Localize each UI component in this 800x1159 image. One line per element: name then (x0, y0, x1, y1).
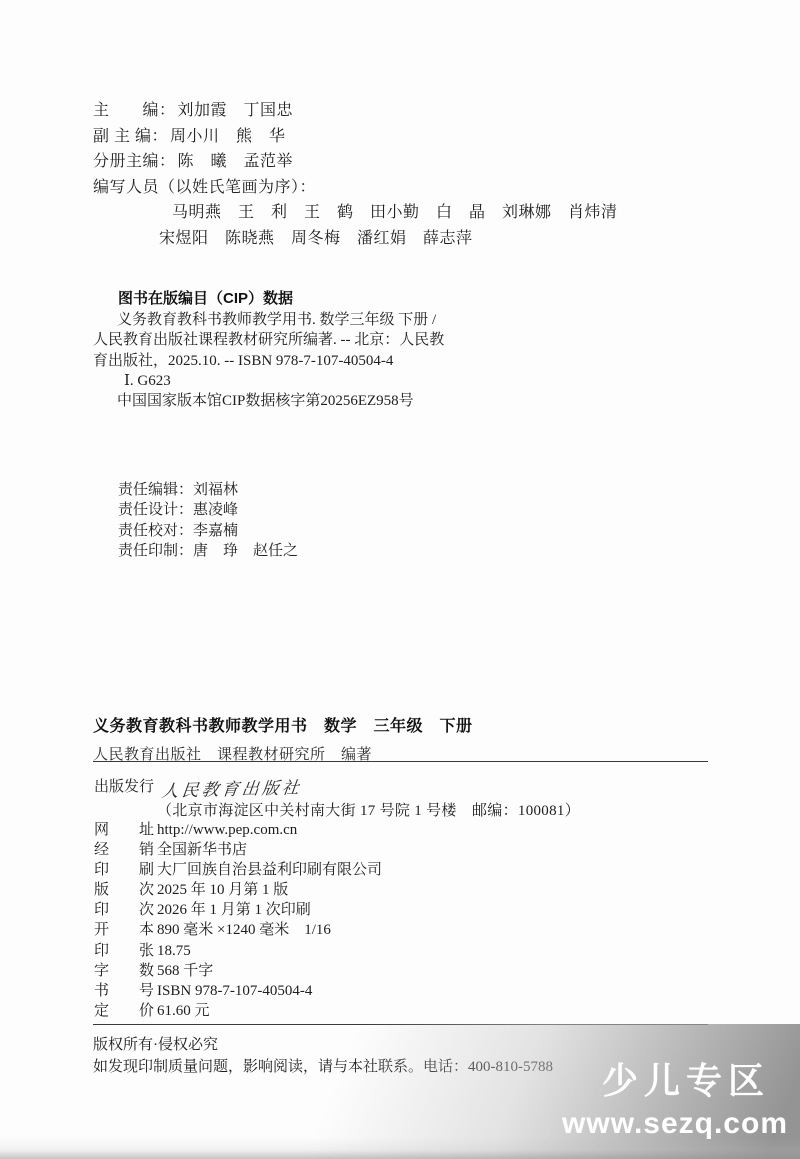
publisher-label: 出版发行 (94, 775, 154, 796)
cip-heading: 图书在版编目（CIP）数据 (93, 289, 563, 309)
price-value: 61.60 元 (157, 1003, 210, 1019)
responsible-designer-label: 责任设计： (118, 502, 193, 518)
writers-heading-label: 编写人员（以姓氏笔画为序）： (93, 179, 316, 196)
wordcount-row: 字 数568 千字 (94, 961, 382, 981)
printer-label: 印 刷 (94, 860, 154, 880)
editor-credits-block: 主 编：刘加霞 丁国忠 副 主 编：周小川 熊 华 分册主编：陈 曦 孟范举 编… (93, 98, 618, 252)
chief-editor-line: 主 编：刘加霞 丁国忠 (93, 98, 618, 124)
printing-label: 印 次 (94, 900, 154, 920)
isbn-label: 书 号 (94, 981, 154, 1001)
printing-value: 2026 年 1 月第 1 次印刷 (157, 902, 311, 918)
cip-record-number: 中国国家版本馆CIP数据核字第20256EZ958号 (93, 391, 563, 411)
wordcount-label: 字 数 (94, 961, 154, 981)
wordcount-value: 568 千字 (157, 963, 213, 979)
chief-editor-label: 主 编： (93, 102, 176, 119)
cip-classification: Ⅰ. G623 (93, 371, 563, 391)
price-label: 定 价 (94, 1001, 154, 1021)
divider-rule-top (93, 761, 708, 762)
quality-hotline: 如发现印制质量问题，影响阅读，请与本社联系。电话：400-810-5788 (93, 1056, 553, 1078)
copyright-page: 主 编：刘加霞 丁国忠 副 主 编：周小川 熊 华 分册主编：陈 曦 孟范举 编… (0, 0, 800, 1159)
sheets-label: 印 张 (94, 941, 154, 961)
isbn-row: 书 号ISBN 978-7-107-40504-4 (94, 981, 382, 1001)
responsible-editor-label: 责任编辑： (118, 482, 193, 498)
edition-value: 2025 年 10 月第 1 版 (157, 882, 288, 898)
responsible-proofreader-line: 责任校对：李嘉楠 (118, 521, 298, 541)
website-value: http://www.pep.com.cn (157, 822, 297, 838)
sheets-row: 印 张18.75 (94, 941, 382, 961)
writers-names-line-2: 宋煜阳 陈晓燕 周冬梅 潘红娟 薛志萍 (93, 226, 618, 252)
cip-block: 图书在版编目（CIP）数据 义务教育教科书教师教学用书. 数学三年级 下册 / … (93, 289, 563, 411)
copyright-footer: 版权所有·侵权必究 如发现印制质量问题，影响阅读，请与本社联系。电话：400-8… (93, 1034, 553, 1078)
edition-label: 版 次 (94, 880, 154, 900)
chief-editor-names: 刘加霞 丁国忠 (178, 102, 294, 119)
cip-line-1: 义务教育教科书教师教学用书. 数学三年级 下册 / (93, 310, 563, 330)
deputy-editor-line: 副 主 编：周小川 熊 华 (93, 124, 618, 150)
writers-names-line-1: 马明燕 王 利 王 鹤 田小勤 白 晶 刘琳娜 肖炜清 (93, 200, 618, 226)
distribution-value: 全国新华书店 (157, 842, 247, 858)
divider-rule-bottom (93, 1024, 708, 1025)
printer-row: 印 刷大厂回族自治县益利印刷有限公司 (94, 860, 382, 880)
cip-line-3: 育出版社，2025.10. -- ISBN 978-7-107-40504-4 (93, 351, 563, 371)
deputy-editor-label: 副 主 编： (93, 128, 168, 145)
distribution-row: 经 销全国新华书店 (94, 840, 382, 860)
edition-row: 版 次2025 年 10 月第 1 版 (94, 880, 382, 900)
sheets-value: 18.75 (157, 943, 191, 959)
title-block: 义务教育教科书教师教学用书 数学 三年级 下册 人民教育出版社 课程教材研究所 … (93, 713, 473, 764)
responsible-proofreader-label: 责任校对： (118, 523, 193, 539)
responsible-editor-line: 责任编辑：刘福林 (118, 480, 298, 500)
format-value: 890 毫米 ×1240 毫米 1/16 (157, 922, 331, 938)
responsible-designer-line: 责任设计：惠凌峰 (118, 500, 298, 520)
website-label: 网 址 (94, 820, 154, 840)
responsible-designer-name: 惠凌峰 (193, 502, 238, 518)
printing-row: 印 次2026 年 1 月第 1 次印刷 (94, 900, 382, 920)
book-title: 义务教育教科书教师教学用书 数学 三年级 下册 (93, 713, 473, 736)
responsible-editor-name: 刘福林 (193, 482, 238, 498)
website-row: 网 址http://www.pep.com.cn (94, 820, 382, 840)
distribution-label: 经 销 (94, 840, 154, 860)
cip-line-2: 人民教育出版社课程教材研究所编著. -- 北京：人民教 (93, 330, 563, 350)
price-row: 定 价61.60 元 (94, 1001, 382, 1021)
responsible-proofreader-name: 李嘉楠 (193, 523, 238, 539)
format-row: 开 本890 毫米 ×1240 毫米 1/16 (94, 920, 382, 940)
responsible-printer-label: 责任印制： (118, 543, 193, 559)
format-label: 开 本 (94, 920, 154, 940)
volume-editor-label: 分册主编： (93, 153, 176, 170)
publisher-address: （北京市海淀区中关村南大街 17 号院 1 号楼 邮编：100081） (94, 799, 580, 820)
publisher-line: 出版发行人民教育出版社 (94, 775, 302, 800)
writers-heading-line: 编写人员（以姓氏笔画为序）： (93, 175, 618, 201)
publishing-details-block: 网 址http://www.pep.com.cn 经 销全国新华书店 印 刷大厂… (94, 820, 382, 1021)
responsible-printer-line: 责任印制：唐 琤 赵任之 (118, 541, 298, 561)
responsible-printer-name: 唐 琤 赵任之 (193, 543, 298, 559)
printer-value: 大厂回族自治县益利印刷有限公司 (157, 862, 382, 878)
deputy-editor-names: 周小川 熊 华 (170, 128, 286, 145)
site-watermark: 少儿专区 www.sezq.com (562, 1063, 788, 1139)
copyright-notice: 版权所有·侵权必究 (93, 1034, 553, 1056)
watermark-site-url: www.sezq.com (562, 1109, 788, 1139)
watermark-site-name: 少儿专区 (562, 1063, 770, 1099)
isbn-value: ISBN 978-7-107-40504-4 (157, 983, 312, 999)
volume-editor-names: 陈 曦 孟范举 (178, 153, 294, 170)
staff-credits-block: 责任编辑：刘福林 责任设计：惠凌峰 责任校对：李嘉楠 责任印制：唐 琤 赵任之 (118, 480, 298, 562)
volume-editor-line: 分册主编：陈 曦 孟范举 (93, 149, 618, 175)
publisher-script-logo: 人民教育出版社 (160, 773, 303, 802)
